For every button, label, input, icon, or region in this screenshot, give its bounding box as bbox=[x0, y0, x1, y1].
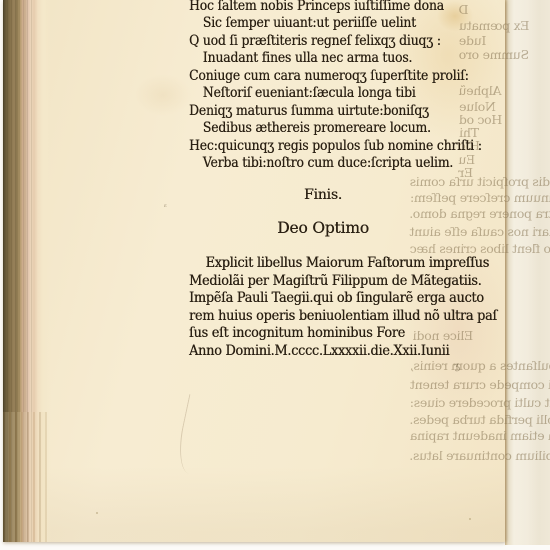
book-photograph: D Ex pœmatu Iude Summe oro Alpheũ Nolue … bbox=[0, 0, 550, 550]
poem-line: Sedibus æthereis promereare locum. bbox=[189, 120, 483, 137]
colophon-line: ſus eſt incognitum hominibus Fore bbox=[189, 325, 483, 343]
underlying-page-edge bbox=[505, 0, 550, 545]
bleedthrough-line: Nec trepidant molli perfida turba pedes. bbox=[410, 412, 550, 427]
poem-line: Coniuge cum cara numeroqʒ ſuperſtite pro… bbox=[189, 68, 483, 85]
bleedthrough-line: De noſtro flent libos crines hæc bbox=[410, 241, 550, 256]
poem-line: Neſtoriſ eueniant:ſæcula longa tibi bbox=[189, 85, 483, 102]
ink-speck: ᵋ bbox=[164, 203, 167, 213]
paper-speck bbox=[96, 512, 98, 514]
poem-line: Sic ſemper uiuant:ut periiſſe uelint bbox=[189, 15, 483, 32]
finis-label: Finis. bbox=[173, 187, 473, 203]
poem-line: Q uod ſi præſtiteris regneſ felixqʒ diuq… bbox=[189, 33, 483, 50]
paper-speck bbox=[469, 518, 471, 520]
dedication-label: Deo Optimo bbox=[173, 219, 473, 237]
bleedthrough-line: Et et mobilium continuare latus. bbox=[410, 448, 550, 463]
page-layer-edges bbox=[3, 412, 47, 542]
poem-line: Verba tibi:noſtro cum duce:ſcripta uelim… bbox=[189, 155, 483, 172]
colophon-line: rem huius operis beniuolentiam illud nõ … bbox=[189, 308, 483, 326]
colophon-line: Mediolãi per Magiſtrũ Filippum de Mãtega… bbox=[189, 273, 483, 291]
bleedthrough-line: Hæc rigida iuncti compede crura tenent bbox=[410, 377, 550, 392]
colophon-line: Explicit libellus Maiorum Faſtorum impre… bbox=[189, 255, 483, 273]
bleedthrough-line: Vinctas quin etiam inadeunt rapina bbox=[410, 428, 550, 443]
colophon-text-block: Explicit libellus Maiorum Faſtorum impre… bbox=[189, 255, 483, 361]
colophon-line: Impẽſa Pauli Taegii.qui ob ſingularẽ erg… bbox=[189, 290, 483, 308]
book-page: D Ex pœmatu Iude Summe oro Alpheũ Nolue … bbox=[3, 0, 505, 542]
bleedthrough-line: In medios audent culti procedere ciues: bbox=[410, 395, 550, 410]
paper-crease bbox=[173, 394, 216, 476]
poem-line: Inuadant fines ulla nec arma tuos. bbox=[189, 50, 483, 67]
poem-line: Hec:quicunqʒ regis populos ſub nomine ch… bbox=[189, 138, 483, 155]
poem-line: Hoc ſaltem nobis Princeps iuſtiſſime don… bbox=[189, 0, 483, 15]
poem-line: Deniqʒ maturus ſumma uirtute:boniſqʒ bbox=[189, 103, 483, 120]
poem-text-block: Hoc ſaltem nobis Princeps iuſtiſſime don… bbox=[189, 0, 483, 172]
colophon-line: Anno Domini.M.cccc.Lxxxxii.die.Xxii.Iuni… bbox=[189, 343, 483, 361]
